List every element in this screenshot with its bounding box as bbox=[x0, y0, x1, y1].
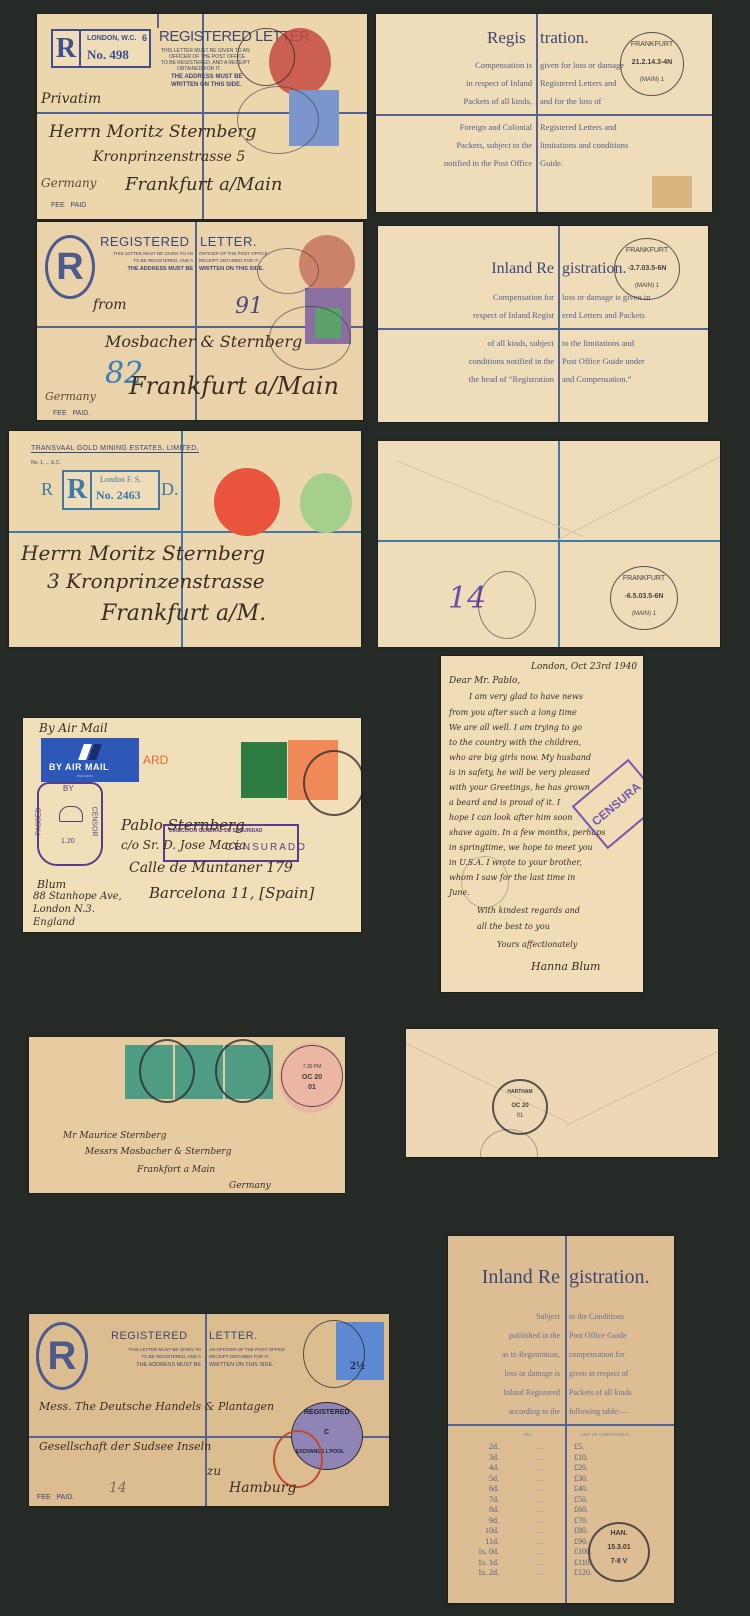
leader-dots: ... bbox=[537, 1453, 543, 1462]
crown-icon bbox=[59, 806, 83, 822]
flap-line bbox=[558, 453, 720, 540]
frankfurt-postmark: FRANKFURT -6.5.03.5-6N (MAIN) 1 bbox=[610, 566, 678, 630]
compensation-cell: £60. bbox=[574, 1505, 588, 1514]
divider bbox=[378, 540, 720, 542]
divider bbox=[376, 114, 712, 116]
title-left: Regis bbox=[487, 28, 526, 48]
postmark bbox=[237, 28, 295, 86]
divider bbox=[448, 1424, 674, 1426]
faded-postmark bbox=[461, 856, 509, 908]
card-word: ARD bbox=[143, 753, 168, 767]
compensation-cell: £120. bbox=[574, 1568, 592, 1577]
cover-1-front: R LONDON, W.C. 6 No. 498 REGISTERED LETT… bbox=[37, 14, 367, 219]
title-right: tration. bbox=[540, 28, 589, 48]
great-yarmouth-postmark: 7.30 PM OC 20 01 bbox=[281, 1045, 343, 1107]
fee-paid: FEE PAID bbox=[51, 202, 86, 209]
divider bbox=[157, 14, 159, 28]
postmark bbox=[139, 1039, 195, 1103]
fee-cell: 11d. bbox=[485, 1537, 499, 1546]
compensation-cell: £90. bbox=[574, 1537, 588, 1546]
cover-5-front: R REGISTERED LETTER. THIS LETTER MUST BE… bbox=[29, 1314, 389, 1506]
registered-r-logo: R bbox=[45, 235, 95, 299]
stamp-green-george-vi bbox=[241, 742, 287, 798]
leader-dots: ... bbox=[537, 1558, 543, 1567]
fee-cell: 4d. bbox=[489, 1463, 499, 1472]
divider bbox=[558, 441, 560, 647]
leader-dots: ... bbox=[537, 1516, 543, 1525]
leader-dots: ... bbox=[537, 1495, 543, 1504]
censor-stamp: BY PASSED CENSOR 1.20 bbox=[37, 782, 103, 866]
fee-cell: 7d. bbox=[489, 1495, 499, 1504]
fee-cell: 1s. 1d. bbox=[478, 1558, 499, 1567]
compensation-table: FEE. LIMIT OF COMPENSATION. 2d....£5.3d.… bbox=[448, 1432, 674, 1602]
fee-cell: 1s. 2d. bbox=[478, 1568, 499, 1577]
embossed-stamp-green bbox=[300, 473, 352, 533]
frankfurt-postmark: FRANKFURT -3.7.03.5-6N (MAIN) 1 bbox=[614, 238, 680, 300]
letterhead: TRANSVAAL GOLD MINING ESTATES, LIMITED, bbox=[31, 445, 199, 453]
cover-1-back: Regis tration. Compensation is in respec… bbox=[376, 14, 712, 212]
divider bbox=[9, 531, 361, 533]
leader-dots: ... bbox=[537, 1526, 543, 1535]
registration-label: R London F. S. No. 2463 bbox=[62, 470, 160, 510]
stain bbox=[652, 176, 692, 208]
leader-dots: ... bbox=[537, 1474, 543, 1483]
fee-cell: 1s. 0d. bbox=[478, 1547, 499, 1556]
divider bbox=[378, 328, 708, 330]
compensation-cell: £20. bbox=[574, 1463, 588, 1472]
fee-cell: 2d. bbox=[489, 1442, 499, 1451]
cover-5-back: Inland Re gistration. Subject published … bbox=[448, 1236, 674, 1603]
cover-2-back: Inland Re gistration. Compensation for r… bbox=[378, 226, 708, 422]
liverpool-postmark bbox=[303, 1320, 365, 1388]
cover-3-front: TRANSVAAL GOLD MINING ESTATES, LIMITED, … bbox=[9, 431, 361, 647]
leader-dots: ... bbox=[537, 1442, 543, 1451]
cover-2-front: R REGISTERED LETTER. THIS LETTER MUST BE… bbox=[37, 222, 363, 420]
compensation-cell: £70. bbox=[574, 1516, 588, 1525]
golders-green-postmark bbox=[303, 750, 361, 816]
compensation-cell: £50. bbox=[574, 1495, 588, 1504]
registered-postmark bbox=[237, 86, 319, 154]
postmark bbox=[215, 1039, 271, 1103]
air-mail-card-back: London, Oct 23rd 1940 Dear Mr. Pablo, I … bbox=[441, 656, 643, 992]
leader-dots: ... bbox=[537, 1505, 543, 1514]
registered-r-logo: R bbox=[36, 1322, 88, 1390]
flap-line bbox=[398, 461, 584, 537]
fee-cell: 3d. bbox=[489, 1453, 499, 1462]
compensation-cell: £10. bbox=[574, 1453, 588, 1462]
wings-icon bbox=[81, 744, 99, 760]
leader-dots: ... bbox=[537, 1463, 543, 1472]
oval-postmark bbox=[478, 571, 536, 639]
frankfurt-postmark: FRANKFURT 21.2.14.3-4N (MAIN) 1 bbox=[620, 32, 684, 96]
leader-dots: ... bbox=[537, 1547, 543, 1556]
fee-cell: 9d. bbox=[489, 1516, 499, 1525]
leader-dots: ... bbox=[537, 1568, 543, 1577]
cover-4-back: HARTHAM OC 20 01 bbox=[406, 1029, 718, 1157]
air-mail-card-front: By Air Mail BY AIR MAIL PAR AVION ARD BY… bbox=[23, 718, 361, 932]
hartham-postmark: HARTHAM OC 20 01 bbox=[492, 1079, 548, 1135]
divider bbox=[558, 226, 560, 422]
cover-4-front: 7.30 PM OC 20 01 Mr Maurice Sternberg Me… bbox=[29, 1037, 345, 1193]
registration-label: R LONDON, W.C. 6 No. 498 bbox=[51, 29, 151, 68]
cover-3-back: 14 FRANKFURT -6.5.03.5-6N (MAIN) 1 bbox=[378, 441, 720, 647]
compensation-cell: £5. bbox=[574, 1442, 584, 1451]
oval-postmark bbox=[257, 248, 319, 294]
fee-cell: 6d. bbox=[489, 1484, 499, 1493]
fee-cell: 5d. bbox=[489, 1474, 499, 1483]
hamburg-postmark: HAN. 15.3.01 7-8 V bbox=[588, 1522, 650, 1582]
embossed-stamp-four-pence bbox=[214, 468, 280, 536]
leader-dots: ... bbox=[537, 1484, 543, 1493]
fee-cell: 8d. bbox=[489, 1505, 499, 1514]
fee-cell: 10d. bbox=[485, 1526, 499, 1535]
divider bbox=[536, 14, 538, 212]
air-mail-label: BY AIR MAIL PAR AVION bbox=[41, 738, 139, 782]
compensation-cell: £30. bbox=[574, 1474, 588, 1483]
leader-dots: ... bbox=[537, 1537, 543, 1546]
compensation-cell: £80. bbox=[574, 1526, 588, 1535]
flap-line bbox=[566, 1050, 718, 1125]
compensation-cell: £40. bbox=[574, 1484, 588, 1493]
